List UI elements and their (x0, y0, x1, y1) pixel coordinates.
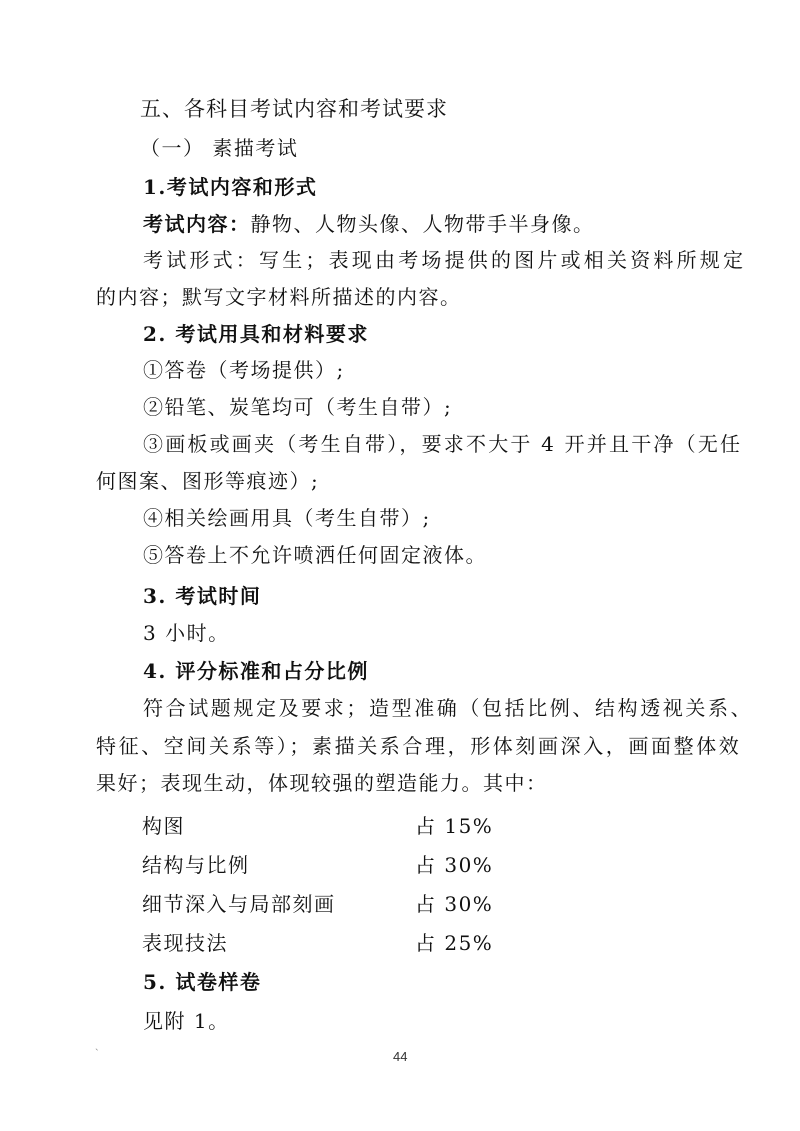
corner-mark: ` (95, 1048, 99, 1060)
heading-content-form: 1.考试内容和形式 (143, 173, 317, 201)
section-title: 五、各科目考试内容和考试要求 (140, 95, 448, 123)
exam-form-line-2: 的内容；默写文字材料所描述的内容。 (96, 283, 462, 311)
exam-content-label: 考试内容： (143, 212, 251, 236)
materials-item-1: ①答卷（考场提供）; (143, 356, 345, 384)
score-value: 占 15% (415, 812, 493, 840)
score-label: 表现技法 (142, 929, 415, 957)
page-number: 44 (393, 1049, 407, 1064)
materials-item-2: ②铅笔、炭笔均可（考生自带）; (143, 393, 452, 421)
exam-content-text: 静物、人物头像、人物带手半身像。 (251, 212, 595, 236)
sample-text: 见附 1。 (143, 1007, 230, 1035)
materials-item-3: ③画板或画夹（考生自带），要求不大于 4 开并且干净（无任 (143, 430, 742, 458)
materials-item-5: ⑤答卷上不允许喷洒任何固定液体。 (143, 541, 487, 569)
score-value: 占 30% (415, 851, 493, 879)
subsection-title: （一） 素描考试 (140, 134, 298, 162)
score-label: 构图 (142, 812, 415, 840)
time-text: 3 小时。 (143, 619, 230, 647)
scoring-para-line-3: 果好；表现生动，体现较强的塑造能力。其中： (96, 769, 548, 797)
scoring-para-line-1: 符合试题规定及要求；造型准确（包括比例、结构透视关系、 (143, 694, 753, 722)
scoring-para-line-2: 特征、空间关系等）；素描关系合理，形体刻画深入，画面整体效 (96, 732, 741, 760)
score-label: 结构与比例 (142, 851, 415, 879)
heading-sample: 5. 试卷样卷 (143, 968, 261, 996)
score-value: 占 25% (415, 929, 493, 957)
exam-form-line-1: 考试形式：写生；表现由考场提供的图片或相关资料所规定 (143, 246, 746, 274)
materials-item-3-cont: 何图案、图形等痕迹）; (96, 467, 319, 495)
score-row: 结构与比例占 30% (142, 851, 493, 879)
score-value: 占 30% (415, 890, 493, 918)
heading-time: 3. 考试时间 (143, 582, 261, 610)
score-row: 细节深入与局部刻画占 30% (142, 890, 493, 918)
materials-item-4: ④相关绘画用具（考生自带）; (143, 504, 431, 532)
heading-materials: 2. 考试用具和材料要求 (143, 320, 369, 348)
score-label: 细节深入与局部刻画 (142, 890, 415, 918)
heading-scoring: 4. 评分标准和占分比例 (143, 657, 369, 685)
score-row: 构图占 15% (142, 812, 493, 840)
score-row: 表现技法占 25% (142, 929, 493, 957)
exam-content-line: 考试内容：静物、人物头像、人物带手半身像。 (143, 210, 595, 238)
